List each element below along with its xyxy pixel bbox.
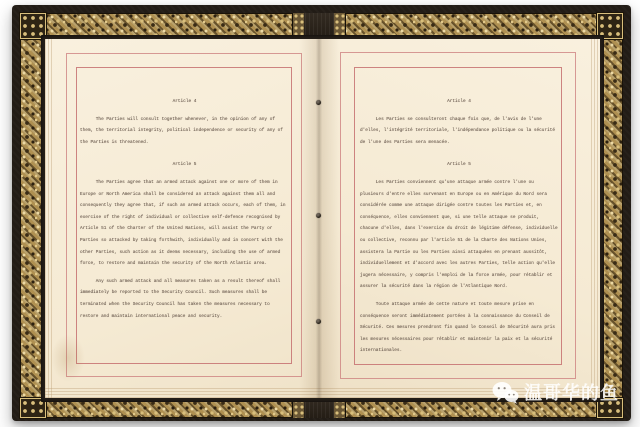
treaty-paragraph: Any such armed attack and all measures t…: [80, 276, 289, 322]
article-heading: Article 5: [360, 159, 558, 171]
article-heading: Article 5: [80, 159, 289, 171]
page-text-english: Article 4The Parties will consult togeth…: [80, 96, 289, 322]
treaty-paragraph: The Parties will consult together whenev…: [80, 114, 289, 149]
binding-hole: [316, 319, 321, 324]
treaty-paragraph: Les Parties se consulteront chaque fois …: [360, 114, 558, 149]
article-heading: Article 4: [80, 96, 289, 108]
page-right-french: Article 4Les Parties se consulteront cha…: [319, 39, 600, 398]
page-text-french: Article 4Les Parties se consulteront cha…: [360, 96, 558, 357]
watermark-text: 温哥华的鱼: [524, 379, 619, 405]
binding-hole: [316, 100, 321, 105]
treaty-binder-cover: Article 4The Parties will consult togeth…: [12, 5, 631, 421]
inner-dark-frame: Article 4The Parties will consult togeth…: [41, 35, 604, 402]
treaty-paragraph: The Parties agree that an armed attack a…: [80, 177, 289, 270]
treaty-paragraph: Les Parties conviennent qu'une attaque a…: [360, 177, 558, 293]
sheet-edges: [591, 39, 600, 398]
page-stain: [51, 334, 85, 382]
wechat-icon: [492, 381, 519, 404]
page-left-english: Article 4The Parties will consult togeth…: [45, 39, 319, 398]
watermark: 温哥华的鱼: [492, 379, 619, 405]
photo-backdrop: Article 4The Parties will consult togeth…: [0, 0, 640, 427]
open-pages: Article 4The Parties will consult togeth…: [45, 39, 600, 398]
sheet-edges: [45, 388, 319, 398]
article-heading: Article 4: [360, 96, 558, 108]
binding-hole: [316, 213, 321, 218]
treaty-paragraph: Toute attaque armée de cette nature et t…: [360, 299, 558, 357]
